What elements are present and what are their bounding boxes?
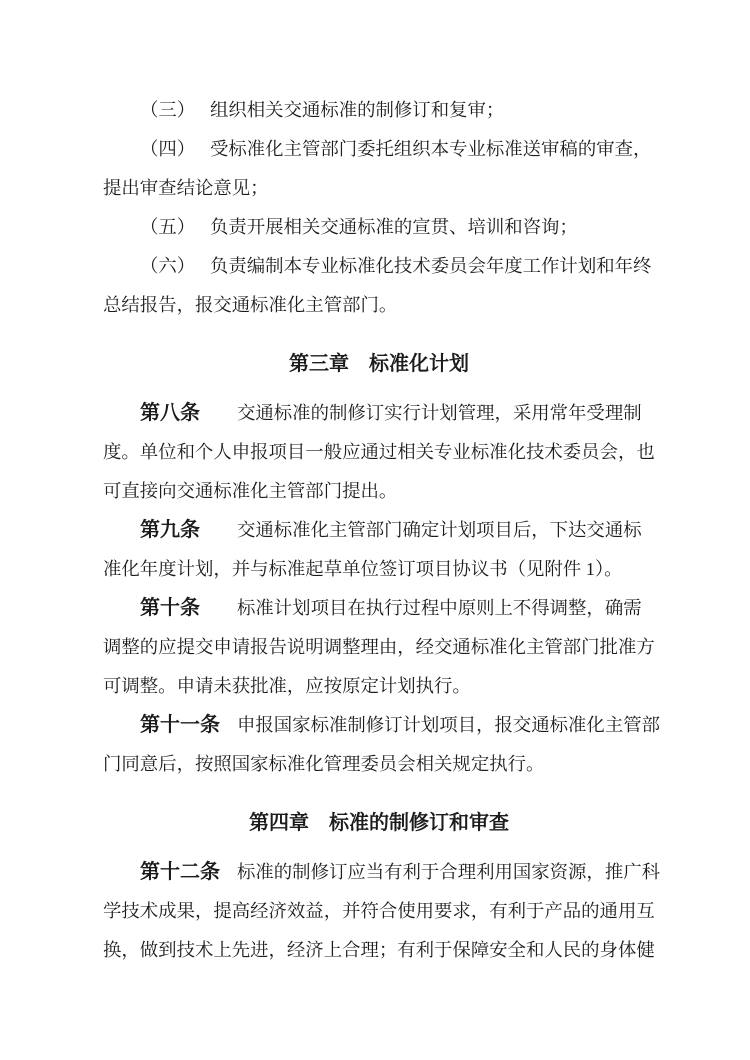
chapter-heading: 第四章 标准的制修订和审查: [103, 804, 655, 843]
list-item-line: （六）负责编制本专业标准化技术委员会年度工作计划和年终: [103, 247, 655, 286]
text-run: 申报国家标准制修订计划项目，报交通标准化主管部: [237, 715, 660, 735]
text-line: 提出审查结论意见；: [103, 169, 655, 208]
text-run: 交通标准化主管部门确定计划项目后，下达交通标: [237, 520, 642, 540]
text-line: 调整的应提交申请报告说明调整理由，经交通标准化主管部门批准方: [103, 628, 655, 667]
list-item-line: （四）受标准化主管部门委托组织本专业标准送审稿的审查，: [103, 130, 655, 169]
list-item-number: （五）: [140, 208, 210, 247]
article-number: 第十二条: [140, 853, 237, 892]
text-line: 度。单位和个人申报项目一般应通过相关专业标准化技术委员会，也: [103, 433, 655, 472]
article-line: 第十一条申报国家标准制修订计划项目，报交通标准化主管部: [103, 706, 655, 745]
text-run: 可直接向交通标准化主管部门提出。: [103, 481, 397, 501]
document-page: （三）组织相关交通标准的制修订和复审； （四）受标准化主管部门委托组织本专业标准…: [0, 0, 750, 1060]
list-item-number: （六）: [140, 247, 210, 286]
list-item-line: （五）负责开展相关交通标准的宣贯、培训和咨询；: [103, 208, 655, 247]
list-item-line: （三）组织相关交通标准的制修订和复审；: [103, 91, 655, 130]
text-run: 度。单位和个人申报项目一般应通过相关专业标准化技术委员会，也: [103, 442, 655, 462]
text-line: 准化年度计划，并与标准起草单位签订项目协议书（见附件 1）。: [103, 550, 655, 589]
list-item-number: （四）: [140, 130, 210, 169]
text-run: 学技术成果，提高经济效益，并符合使用要求，有利于产品的通用互: [103, 901, 655, 921]
text-line: 可直接向交通标准化主管部门提出。: [103, 472, 655, 511]
article-line: 第九条交通标准化主管部门确定计划项目后，下达交通标: [103, 511, 655, 550]
text-run: 标准的制修订应当有利于合理利用国家资源，推广科: [237, 862, 660, 882]
document-text-block: （三）组织相关交通标准的制修订和复审； （四）受标准化主管部门委托组织本专业标准…: [103, 91, 655, 970]
text-run: 交通标准的制修订实行计划管理，采用常年受理制: [237, 403, 642, 423]
text-run: 总结报告，报交通标准化主管部门。: [103, 295, 397, 315]
text-line: 总结报告，报交通标准化主管部门。: [103, 286, 655, 325]
text-run: 组织相关交通标准的制修订和复审；: [210, 100, 504, 120]
article-number: 第十一条: [140, 706, 237, 745]
text-run: 换，做到技术上先进，经济上合理；有利于保障安全和人民的身体健: [103, 940, 655, 960]
text-run: 门同意后，按照国家标准化管理委员会相关规定执行。: [103, 754, 544, 774]
text-line: 门同意后，按照国家标准化管理委员会相关规定执行。: [103, 745, 655, 784]
text-line: 可调整。申请未获批准，应按原定计划执行。: [103, 667, 655, 706]
text-run: 可调整。申请未获批准，应按原定计划执行。: [103, 676, 471, 696]
article-line: 第十条标准计划项目在执行过程中原则上不得调整，确需: [103, 589, 655, 628]
chapter-heading: 第三章 标准化计划: [103, 345, 655, 384]
article-line: 第八条交通标准的制修订实行计划管理，采用常年受理制: [103, 394, 655, 433]
text-run: 提出审查结论意见；: [103, 178, 269, 198]
article-line: 第十二条标准的制修订应当有利于合理利用国家资源，推广科: [103, 853, 655, 892]
text-run: 调整的应提交申请报告说明调整理由，经交通标准化主管部门批准方: [103, 637, 655, 657]
text-run: 负责编制本专业标准化技术委员会年度工作计划和年终: [210, 256, 651, 276]
text-run: 标准计划项目在执行过程中原则上不得调整，确需: [237, 598, 642, 618]
article-number: 第八条: [140, 394, 237, 433]
text-line: 换，做到技术上先进，经济上合理；有利于保障安全和人民的身体健: [103, 931, 655, 970]
text-line: 学技术成果，提高经济效益，并符合使用要求，有利于产品的通用互: [103, 892, 655, 931]
text-run: 受标准化主管部门委托组织本专业标准送审稿的审查，: [210, 139, 651, 159]
article-number: 第十条: [140, 589, 237, 628]
list-item-number: （三）: [140, 91, 210, 130]
text-run: 准化年度计划，并与标准起草单位签订项目协议书（见附件 1）。: [103, 559, 623, 579]
article-number: 第九条: [140, 511, 237, 550]
text-run: 负责开展相关交通标准的宣贯、培训和咨询；: [210, 217, 578, 237]
